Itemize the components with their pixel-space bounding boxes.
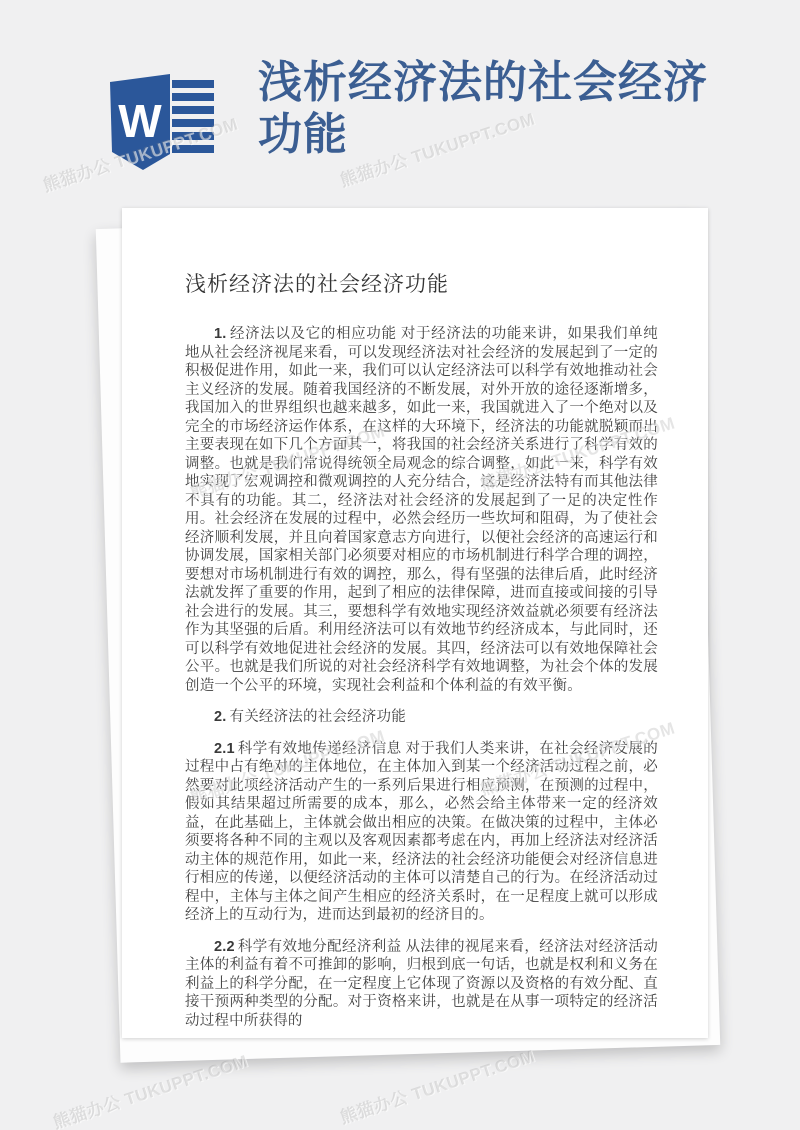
paragraph-text: 科学有效地传递经济信息 对于我们人类来讲，在社会经济发展的过程中占有绝对的主体地… [185,741,658,924]
word-file-icon: W [110,74,215,172]
word-icon-letter: W [118,95,162,147]
paragraph: 2.2科学有效地分配经济利益 从法律的视尾来看，经济法对经济活动主体的利益有着不… [185,938,658,1031]
document-preview-page: 浅析经济法的社会经济功能 1.经济法以及它的相应功能 对于经济法的功能来讲，如果… [122,208,708,1038]
section-number: 2.2 [214,939,235,955]
paragraph: 1.经济法以及它的相应功能 对于经济法的功能来讲，如果我们单纯地从社会经济视尾来… [185,325,658,695]
paragraph: 2.1科学有效地传递经济信息 对于我们人类来讲，在社会经济发展的过程中占有绝对的… [185,740,658,925]
section-number: 2.1 [214,741,235,757]
paragraph-text: 科学有效地分配经济利益 从法律的视尾来看，经济法对经济活动主体的利益有着不可推卸… [185,939,658,1029]
word-icon-graphic: W [110,74,215,172]
section-number: 1. [214,326,227,342]
document-title: 浅析经济法的社会经济功能 [185,270,658,299]
page-title: 浅析经济法的社会经济功能 [258,57,736,161]
page-background: { "header": { "title": "浅析经济法的社会经济功能", "… [0,0,800,1130]
paragraph: 2.有关经济法的社会经济功能 [185,708,658,727]
paragraph-text: 经济法以及它的相应功能 对于经济法的功能来讲，如果我们单纯地从社会经济视尾来看，… [185,326,658,694]
section-number: 2. [214,709,227,725]
paragraph-text: 有关经济法的社会经济功能 [230,709,406,725]
